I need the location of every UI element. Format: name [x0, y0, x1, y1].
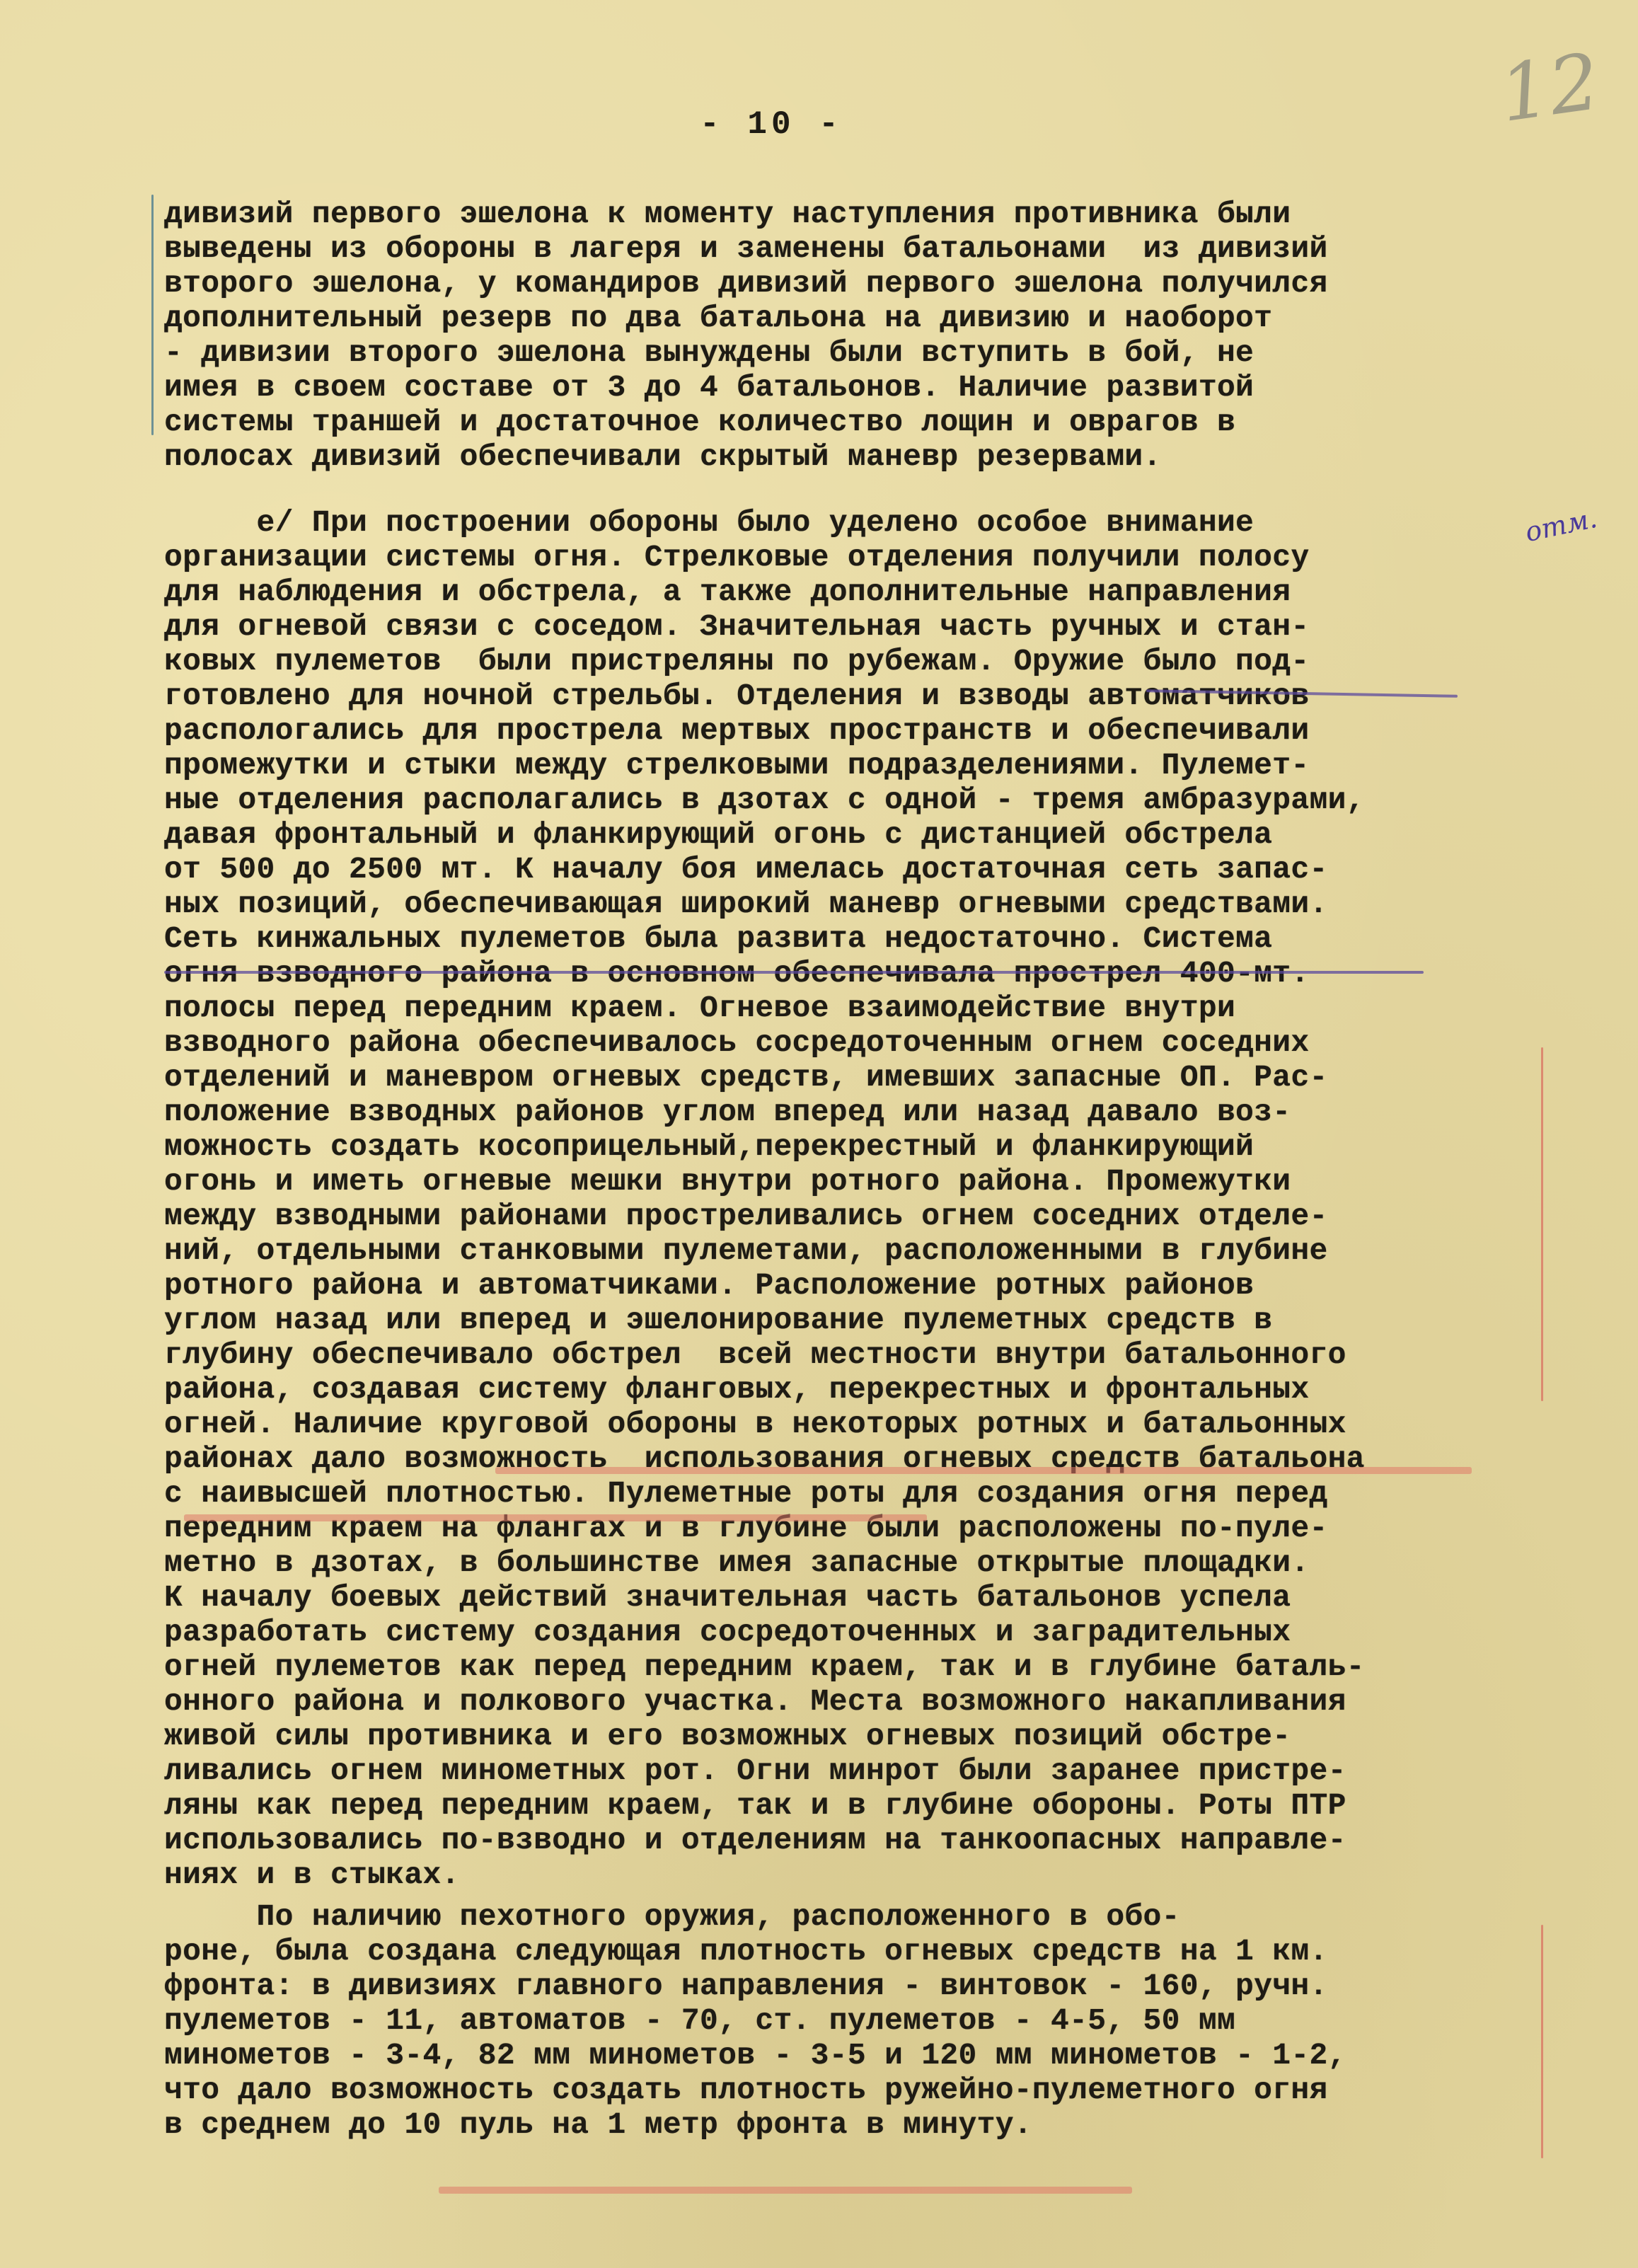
text-line: роне, была создана следующая плотность о…: [164, 1934, 1523, 1969]
text-line: в среднем до 10 пуль на 1 метр фронта в …: [164, 2107, 1523, 2142]
text-line: давая фронтальный и фланкирующий огонь с…: [164, 817, 1523, 852]
text-line: полосах дивизий обеспечивали скрытый ман…: [164, 439, 1523, 474]
text-line: разработать систему создания сосредоточе…: [164, 1615, 1523, 1650]
paragraph-section-e: е/ При построении обороны было уделено о…: [164, 505, 1523, 1892]
violet-underline: [164, 971, 1424, 974]
red-underline: [439, 2187, 1132, 2194]
text-line: дивизий первого эшелона к моменту наступ…: [164, 197, 1523, 231]
text-line: ных позиций, обеспечивающая широкий мане…: [164, 887, 1523, 921]
text-line: использовались по-взводно и отделениям н…: [164, 1823, 1523, 1858]
text-line: метно в дзотах, в большинстве имея запас…: [164, 1545, 1523, 1580]
text-line: По наличию пехотного оружия, расположенн…: [164, 1899, 1523, 1934]
text-line: глубину обеспечивало обстрел всей местно…: [164, 1337, 1523, 1372]
text-line: выведены из обороны в лагеря и заменены …: [164, 231, 1523, 266]
red-underline: [495, 1467, 1472, 1474]
paragraph-gap: [164, 474, 1523, 505]
text-line: онного района и полкового участка. Места…: [164, 1684, 1523, 1719]
text-line: от 500 до 2500 мт. К началу боя имелась …: [164, 852, 1523, 887]
text-line: можность создать косоприцельный,перекрес…: [164, 1129, 1523, 1164]
text-line: углом назад или вперед и эшелонирование …: [164, 1303, 1523, 1337]
text-line: ний, отдельными станковыми пулеметами, р…: [164, 1233, 1523, 1268]
text-line: Сеть кинжальных пулеметов была развита н…: [164, 921, 1523, 956]
blue-pencil-margin-mark: [151, 195, 154, 435]
text-line: огней пулеметов как перед передним краем…: [164, 1650, 1523, 1684]
red-pencil-margin-mark: [1541, 1925, 1543, 2158]
text-line: положение взводных районов углом вперед …: [164, 1095, 1523, 1129]
text-line: для наблюдения и обстрела, а также допол…: [164, 575, 1523, 609]
text-line: полосы перед передним краем. Огневое вза…: [164, 991, 1523, 1025]
paragraph-density: По наличию пехотного оружия, расположенн…: [164, 1899, 1523, 2142]
text-line: пулеметов - 11, автоматов - 70, ст. пуле…: [164, 2003, 1523, 2038]
text-line: ниях и в стыках.: [164, 1858, 1523, 1892]
red-pencil-margin-mark: [1541, 1047, 1543, 1401]
text-line: живой силы противника и его возможных ог…: [164, 1719, 1523, 1754]
text-line: второго эшелона, у командиров дивизий пе…: [164, 266, 1523, 301]
text-line: минометов - 3-4, 82 мм минометов - 3-5 и…: [164, 2038, 1523, 2073]
text-line: дополнительный резерв по два батальона н…: [164, 301, 1523, 335]
red-underline: [184, 1514, 927, 1521]
page-number: - 10 -: [0, 106, 1542, 143]
document-body: дивизий первого эшелона к моменту наступ…: [164, 197, 1523, 2142]
text-line: готовлено для ночной стрельбы. Отделения…: [164, 679, 1523, 713]
text-line: взводного района обеспечивалось сосредот…: [164, 1025, 1523, 1060]
text-line: огонь и иметь огневые мешки внутри ротно…: [164, 1164, 1523, 1199]
text-line: распологались для прострела мертвых прос…: [164, 713, 1523, 748]
text-line: - дивизии второго эшелона вынуждены были…: [164, 335, 1523, 370]
text-line: системы траншей и достаточное количество…: [164, 405, 1523, 439]
text-line: К началу боевых действий значительная ча…: [164, 1580, 1523, 1615]
text-line: огней. Наличие круговой обороны в некото…: [164, 1407, 1523, 1441]
text-line: имея в своем составе от 3 до 4 батальоно…: [164, 370, 1523, 405]
text-line: района, создавая систему фланговых, пере…: [164, 1372, 1523, 1407]
text-line: промежутки и стыки между стрелковыми под…: [164, 748, 1523, 783]
text-line: ные отделения располагались в дзотах с о…: [164, 783, 1523, 817]
text-line: между взводными районами простреливались…: [164, 1199, 1523, 1233]
paragraph-continuation: дивизий первого эшелона к моменту наступ…: [164, 197, 1523, 474]
text-line: отделений и маневром огневых средств, им…: [164, 1060, 1523, 1095]
text-line: ковых пулеметов были пристреляны по рубе…: [164, 644, 1523, 679]
text-line: с наивысшей плотностью. Пулеметные роты …: [164, 1476, 1523, 1511]
handwritten-margin-note: отм.: [1523, 502, 1600, 548]
text-line: ляны как перед передним краем, так и в г…: [164, 1788, 1523, 1823]
text-line: что дало возможность создать плотность р…: [164, 2073, 1523, 2107]
document-page: 12 - 10 - отм. дивизий первого эшелона к…: [0, 0, 1638, 2268]
text-line: организации системы огня. Стрелковые отд…: [164, 540, 1523, 575]
text-line: фронта: в дивизиях главного направления …: [164, 1969, 1523, 2003]
text-line: ливались огнем минометных рот. Огни минр…: [164, 1754, 1523, 1788]
text-line: для огневой связи с соседом. Значительна…: [164, 609, 1523, 644]
text-line: ротного района и автоматчиками. Располож…: [164, 1268, 1523, 1303]
text-line: е/ При построении обороны было уделено о…: [164, 505, 1523, 540]
